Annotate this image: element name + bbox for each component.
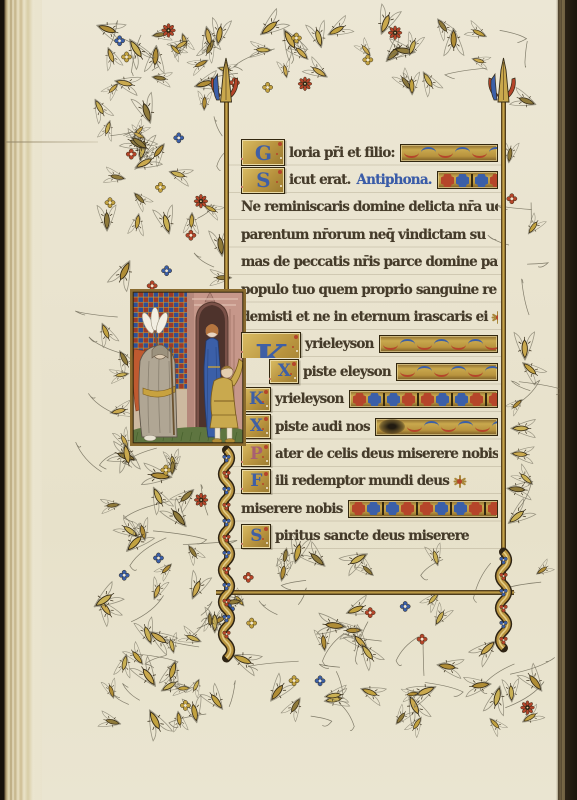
quatrefoil-flower (488, 502, 499, 515)
illuminated-initial-K: K (241, 332, 301, 358)
text-line: Pater de celis deus miserere nobis (241, 440, 498, 467)
vine-curl (472, 147, 487, 158)
line-filler-ornament (396, 363, 498, 381)
quatrefoil-flower (421, 393, 434, 406)
vine-curl (400, 366, 415, 377)
illuminated-initial-X: X (269, 359, 299, 384)
vine-curl (492, 421, 498, 432)
quatrefoil-flower (387, 393, 400, 406)
line-text: piste eleyson (303, 364, 391, 380)
line-text: loria pr̄i et filio: (289, 145, 395, 161)
quatrefoil-flower (420, 502, 433, 515)
vine-curl (407, 421, 422, 432)
vine-curl (417, 339, 432, 350)
line-text: populo tuo quem proprio sanguine re (241, 282, 496, 298)
text-line: demisti et ne in eternum irascaris ei (241, 303, 498, 330)
quatrefoil-flower (470, 393, 483, 406)
text-line: miserere nobis (241, 495, 498, 522)
quatrefoil-flower (353, 393, 366, 406)
text-line: Fili redemptor mundi deus (241, 468, 498, 495)
text-line: parentum nr̄orum neq̄ vindictam su (241, 221, 498, 248)
line-text: parentum nr̄orum neq̄ vindictam su (241, 227, 486, 243)
quatrefoil-flower (450, 502, 452, 515)
quatrefoil-flower (417, 393, 419, 406)
text-line: Sicut erat.Antiphona. (241, 166, 498, 193)
line-text: demisti et ne in eternum irascaris ei (241, 309, 488, 325)
line-filler-ornament (437, 171, 498, 189)
illuminated-initial-F: F (241, 469, 271, 494)
line-text: ater de celis deus miserere nobis (275, 446, 498, 462)
text-line: mas de peccatis nr̄is parce domine parce (241, 249, 498, 276)
quatrefoil-flower (471, 174, 473, 187)
gold-sprig-flourish (492, 311, 498, 324)
vine-curl (434, 339, 449, 350)
text-line: Xpiste eleyson (269, 358, 498, 385)
quatrefoil-flower (490, 174, 498, 187)
line-text: piste audi nos (275, 419, 370, 435)
quatrefoil-flower (489, 393, 498, 406)
quatrefoil-flower (484, 502, 486, 515)
quatrefoil-flower (416, 502, 418, 515)
vine-curl (404, 147, 419, 158)
text-line: Spiritus sancte deus miserere (241, 523, 498, 550)
bottom-border-bar (216, 590, 514, 595)
quatrefoil-flower (367, 502, 380, 515)
quatrefoil-flower (382, 502, 384, 515)
quatrefoil-flower (456, 174, 469, 187)
line-text: yrieleyson (275, 391, 344, 407)
text-line: Xpiste audi nos (241, 413, 498, 440)
quatrefoil-flower (401, 502, 414, 515)
quatrefoil-flower (475, 174, 488, 187)
line-text: Ne reminiscaris domine delicta nr̄a uel (241, 199, 498, 215)
vine-curl (400, 339, 415, 350)
vine-curl (468, 339, 483, 350)
quatrefoil-flower (454, 502, 467, 515)
text-block: Gloria pr̄i et filio:Sicut erat.Antiphon… (227, 98, 503, 594)
text-line: populo tuo quem proprio sanguine re (241, 276, 498, 303)
vine-curl (468, 366, 483, 377)
vine-curl (421, 147, 436, 158)
ink-smudge (379, 419, 405, 434)
line-filler-ornament (348, 500, 499, 518)
manuscript-photo: Gloria pr̄i et filio:Sicut erat.Antiphon… (0, 0, 577, 800)
vine-curl (458, 421, 473, 432)
quatrefoil-flower (436, 393, 449, 406)
page-crease (6, 141, 98, 143)
text-line: Ne reminiscaris domine delicta nr̄a uel (241, 194, 498, 221)
line-text: miserere nobis (241, 501, 343, 517)
line-text: yrieleyson (305, 336, 374, 352)
vine-curl (485, 339, 498, 350)
quatrefoil-flower (368, 393, 381, 406)
vine-curl (434, 366, 449, 377)
vine-curl (424, 421, 439, 432)
quatrefoil-flower (402, 393, 415, 406)
quatrefoil-flower (441, 174, 454, 187)
book-edge-shadow (556, 0, 577, 800)
miniature-painting (130, 289, 246, 446)
right-border-bar (501, 98, 506, 595)
quatrefoil-flower (485, 393, 487, 406)
vine-curl (455, 147, 470, 158)
vine-curl (489, 147, 498, 158)
line-text: piritus sancte deus miserere (275, 528, 469, 544)
line-filler-ornament (349, 390, 498, 408)
vine-curl (383, 339, 398, 350)
quatrefoil-flower (455, 393, 468, 406)
vine-curl (441, 421, 456, 432)
book-gutter-page-edges (0, 0, 42, 800)
quatrefoil-flower (386, 502, 399, 515)
vine-curl (485, 366, 498, 377)
line-filler-ornament (379, 335, 498, 353)
line-text: ili redemptor mundi deus (275, 473, 449, 489)
text-line: Gloria pr̄i et filio: (241, 139, 498, 166)
quatrefoil-flower (352, 502, 365, 515)
text-line: Kyrieleyson (241, 331, 498, 358)
line-filler-ornament (375, 418, 498, 436)
quatrefoil-flower (469, 502, 482, 515)
quatrefoil-flower (383, 393, 385, 406)
quatrefoil-flower (435, 502, 448, 515)
text-line: Kyrieleyson (241, 386, 498, 413)
quatrefoil-flower (451, 393, 453, 406)
antiphona-rubric: Antiphona. (356, 172, 431, 188)
vine-curl (438, 147, 453, 158)
illuminated-initial-S: S (241, 524, 271, 549)
line-text: mas de peccatis nr̄is parce domine parce (241, 254, 498, 270)
vine-curl (475, 421, 490, 432)
vine-curl (451, 366, 466, 377)
illuminated-initial-S: S (241, 167, 285, 194)
line-text: icut erat. (289, 172, 350, 188)
line-filler-ornament (400, 144, 498, 162)
vine-curl (417, 366, 432, 377)
vine-curl (451, 339, 466, 350)
illuminated-initial-G: G (241, 139, 285, 166)
gold-sprig-flourish (453, 475, 466, 488)
